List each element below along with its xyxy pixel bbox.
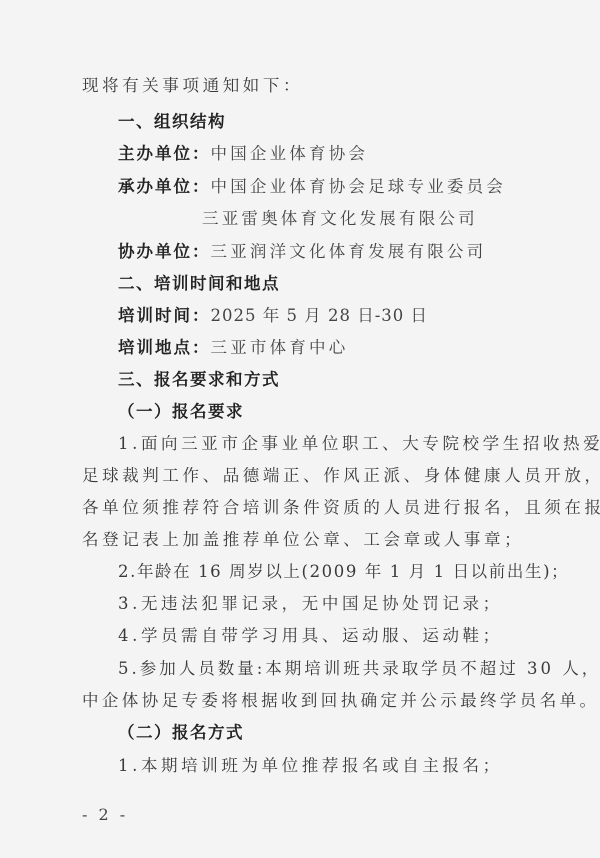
requirement-5-line-1: 5.参加人员数量:本期培训班共录取学员不超过 30 人，: [118, 659, 600, 679]
requirement-2: 2.年龄在 16 周岁以上(2009 年 1 月 1 日以前出生)；: [118, 562, 569, 582]
intro-text: 现将有关事项通知如下：: [82, 76, 303, 96]
co-organizer-label: 协办单位：: [118, 242, 211, 261]
subsection-heading-method: （二）报名方式: [118, 723, 244, 743]
host-value: 中国企业体育协会: [211, 144, 369, 163]
page-number: - 2 -: [82, 805, 128, 824]
requirement-1-line-4: 名登记表上加盖推荐单位公章、工会章或人事章；: [82, 530, 524, 550]
method-1: 1.本期培训班为单位推荐报名或自主报名；: [118, 756, 503, 776]
training-place-row: 培训地点：三亚市体育中心: [118, 338, 348, 358]
section-heading-time-place: 二、培训时间和地点: [118, 274, 280, 294]
co-organizer-value: 三亚润洋文化体育发展有限公司: [211, 242, 487, 261]
requirement-1-line-3: 各单位须推荐符合培训条件资质的人员进行报名，且须在报: [82, 498, 600, 518]
host-row: 主办单位：中国企业体育协会: [118, 144, 368, 164]
requirement-4: 4.学员需自带学习用具、运动服、运动鞋；: [118, 626, 503, 646]
organizer-value-2: 三亚雷奥体育文化发展有限公司: [202, 209, 478, 229]
requirement-3: 3.无违法犯罪记录，无中国足协处罚记录；: [118, 594, 503, 614]
section-heading-registration: 三、报名要求和方式: [118, 370, 280, 390]
requirement-1-line-2: 足球裁判工作、品德端正、作风正派、身体健康人员开放，: [82, 466, 600, 486]
training-time-row: 培训时间：2025 年 5 月 28 日-30 日: [118, 306, 428, 326]
requirement-5-line-2: 中企体协足专委将根据收到回执确定并公示最终学员名单。: [82, 691, 599, 711]
training-place-value: 三亚市体育中心: [211, 338, 349, 357]
training-place-label: 培训地点：: [118, 338, 211, 357]
organizer-label: 承办单位：: [118, 177, 211, 196]
requirement-1-line-1: 1.面向三亚市企事业单位职工、大专院校学生招收热爱: [118, 434, 600, 454]
host-label: 主办单位：: [118, 144, 211, 163]
training-time-value: 2025 年 5 月 28 日-30 日: [211, 306, 429, 325]
section-heading-organization: 一、组织结构: [118, 112, 226, 132]
co-organizer-row: 协办单位：三亚润洋文化体育发展有限公司: [118, 242, 486, 262]
training-time-label: 培训时间：: [118, 306, 211, 325]
subsection-heading-requirements: （一）报名要求: [118, 402, 244, 422]
organizer-value-1: 中国企业体育协会足球专业委员会: [211, 177, 507, 196]
organizer-row: 承办单位：中国企业体育协会足球专业委员会: [118, 177, 506, 197]
document-page: 现将有关事项通知如下： 一、组织结构 主办单位：中国企业体育协会 承办单位：中国…: [0, 0, 600, 858]
